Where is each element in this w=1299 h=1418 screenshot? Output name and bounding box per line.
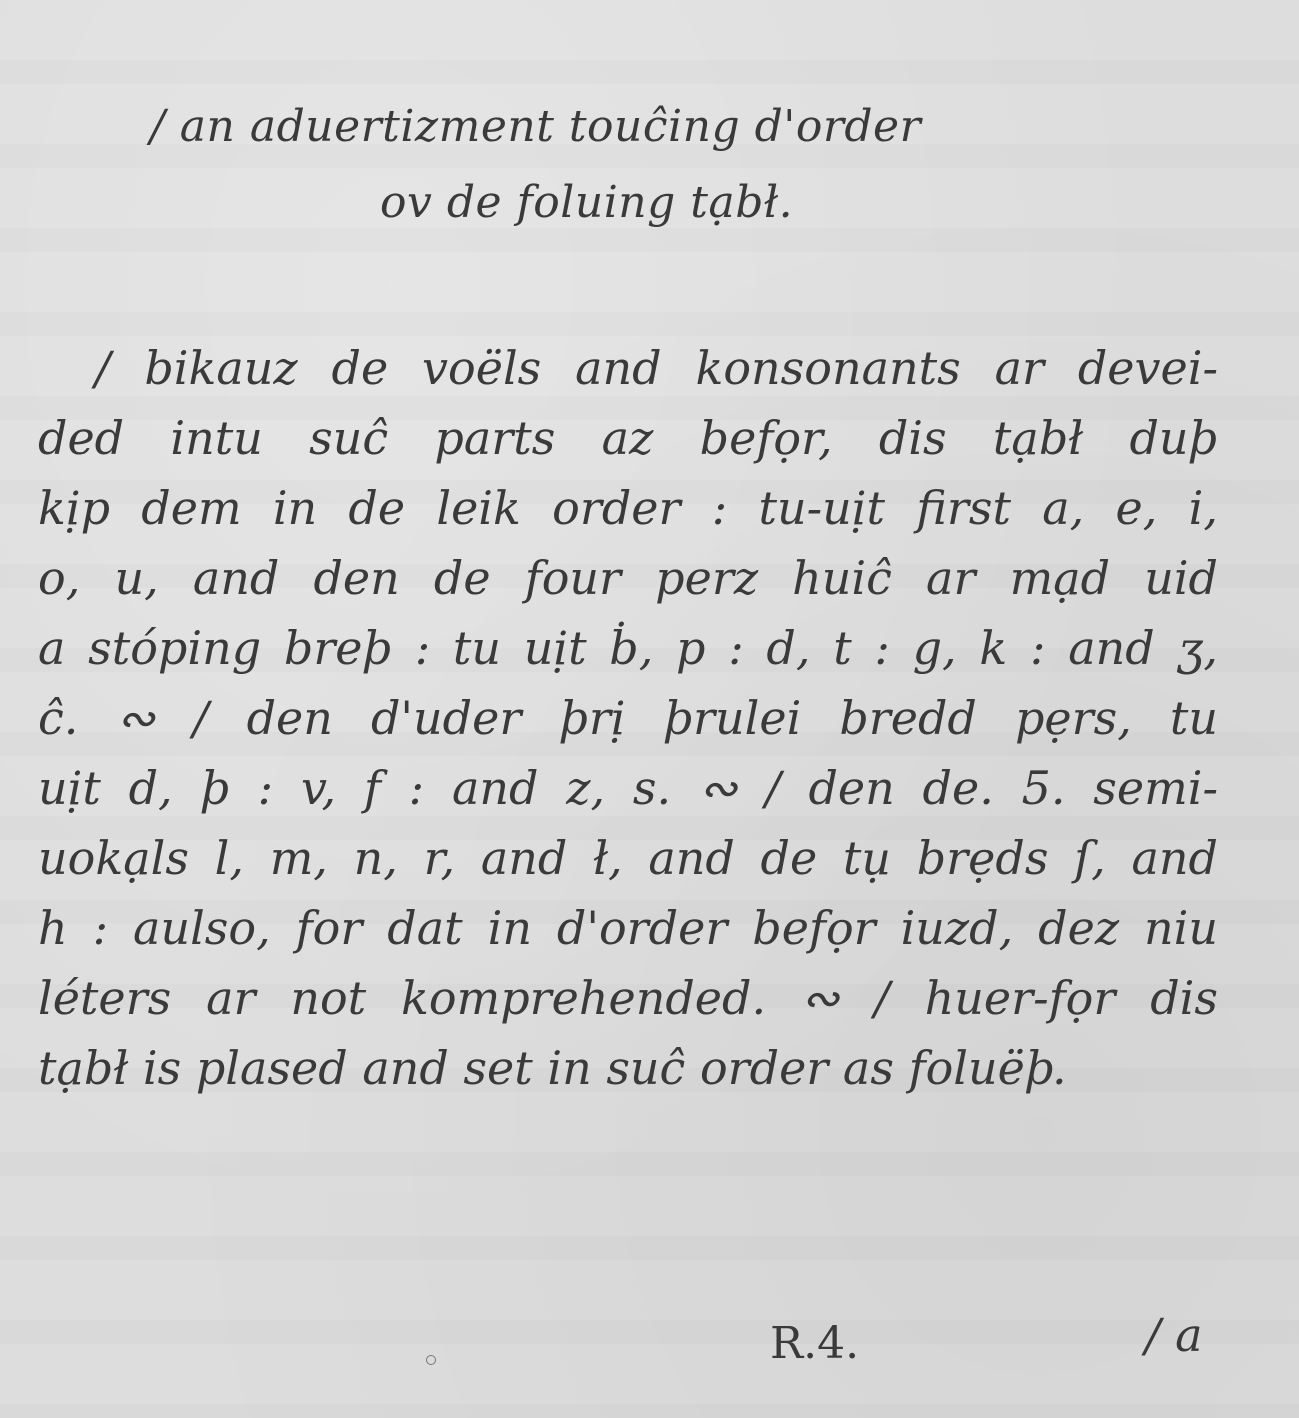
paragraph-line: kịp dem in de leik order : tu-uịt first …: [38, 478, 1218, 538]
paragraph-line: / bikauz de voëls and konsonants ar deve…: [95, 338, 1218, 398]
paragraph-line: h : aulso, for dat in d'order befọr iuzd…: [38, 898, 1218, 958]
paragraph-line: tạbł is plased and set in suĉ order as f…: [38, 1038, 1218, 1098]
heading-line-1: / an aduertizment touĉing d'order: [150, 92, 1050, 162]
paragraph-line: ded intu suĉ parts az befọr, dis tạbł du…: [38, 408, 1218, 468]
signature-mark: R.4.: [770, 1318, 859, 1369]
catchword: / a: [1145, 1308, 1203, 1362]
paragraph-line: ĉ. ∾ / den d'uder þrị þrulei bredd pẹrs,…: [38, 688, 1218, 748]
paragraph-line: o, u, and den de four perz huiĉ ar mạd u…: [38, 548, 1218, 608]
heading-line-2: ov de foluing tạbł.: [380, 168, 980, 238]
paragraph-line: a stóping breþ : tu uịt ḃ, p : d, t : g,…: [38, 618, 1218, 678]
paragraph-line: léters ar not komprehended. ∾ / huer-fọr…: [38, 968, 1218, 1028]
paper-blemish: [426, 1355, 436, 1365]
document-page: / an aduertizment touĉing d'order ov de …: [0, 0, 1299, 1418]
paragraph-line: uịt d, þ : v, f : and z, s. ∾ / den de. …: [38, 758, 1218, 818]
paragraph-line: uokạls l, m, n, r, and ł, and de tụ brẹd…: [38, 828, 1218, 888]
